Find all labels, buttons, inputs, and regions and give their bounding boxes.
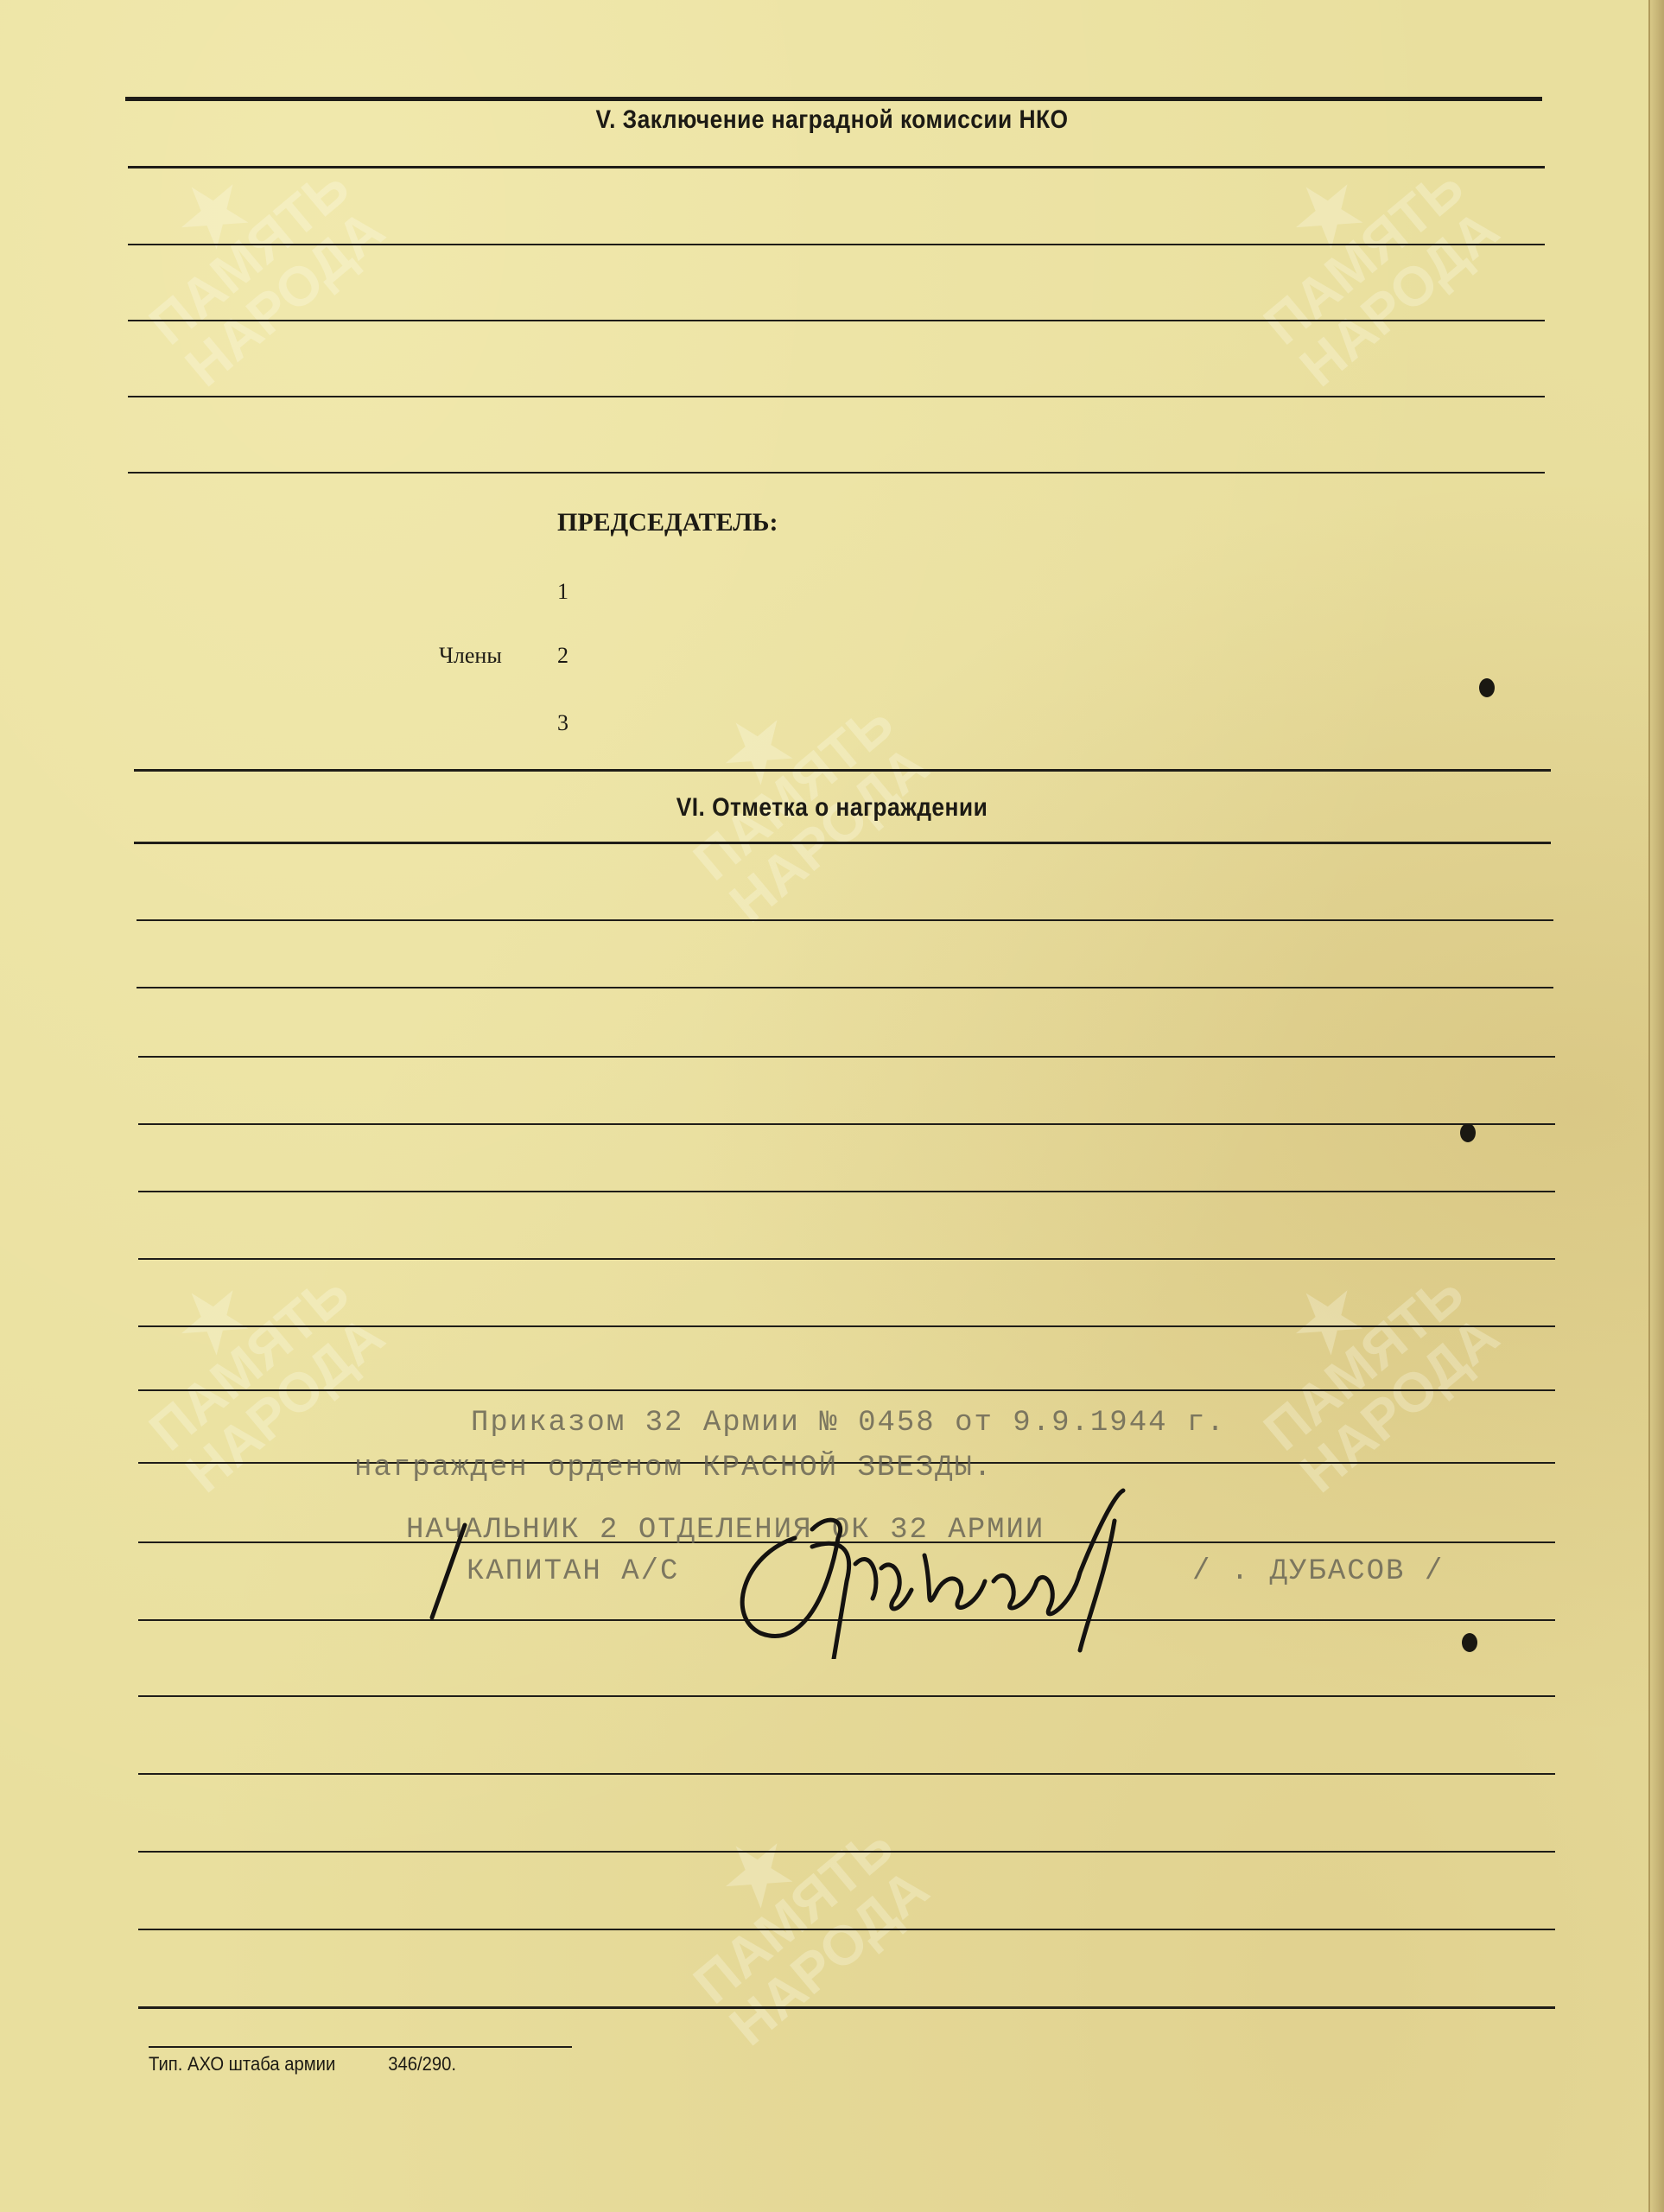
rule-thick — [125, 97, 1542, 101]
award-order-line: Приказом 32 Армии № 0458 от 9.9.1944 г. — [471, 1407, 1226, 1440]
punch-hole — [1479, 678, 1495, 697]
signatory-name: / . ДУБАСОВ / — [1192, 1555, 1444, 1588]
rule — [137, 919, 1553, 921]
members-label: Члены — [439, 643, 502, 669]
slash-mark — [423, 1521, 475, 1624]
rule — [138, 1851, 1555, 1853]
rule — [138, 1056, 1555, 1058]
rule — [138, 1773, 1555, 1775]
rule — [128, 472, 1545, 474]
chairman-label: ПРЕДСЕДАТЕЛЬ: — [557, 508, 778, 537]
star-icon: ★ — [1219, 1222, 1438, 1418]
watermark: ★ ПАМЯТЬНАРОДА — [1219, 116, 1508, 397]
watermark: ★ ПАМЯТЬНАРОДА — [105, 1222, 394, 1503]
printer-name: Тип. АХО штаба армии — [149, 2053, 335, 2075]
watermark: ★ ПАМЯТЬНАРОДА — [1219, 1222, 1508, 1503]
star-icon: ★ — [105, 1222, 323, 1418]
rule — [149, 2046, 572, 2048]
section-vi-heading: VI. Отметка о награждении — [100, 793, 1565, 823]
watermark: ★ ПАМЯТЬНАРОДА — [649, 1775, 938, 2056]
rule — [138, 2006, 1555, 2009]
punch-hole — [1460, 1123, 1476, 1142]
rule — [138, 1325, 1555, 1327]
rule — [138, 1123, 1555, 1125]
watermark: ★ ПАМЯТЬНАРОДА — [649, 652, 938, 932]
rule — [138, 1389, 1555, 1391]
member-number-1: 1 — [557, 579, 568, 605]
member-number-3: 3 — [557, 710, 568, 736]
section-v-heading: V. Заключение наградной комиссии НКО — [100, 105, 1565, 135]
printer-imprint: Тип. АХО штаба армии 346/290. — [149, 2053, 456, 2075]
rule — [128, 166, 1545, 168]
member-number-2: 2 — [557, 643, 568, 669]
rule — [138, 1191, 1555, 1192]
star-icon: ★ — [649, 1775, 867, 1971]
rule — [134, 769, 1551, 772]
rule — [138, 1258, 1555, 1260]
star-icon: ★ — [1219, 116, 1438, 312]
watermark: ★ ПАМЯТЬНАРОДА — [105, 116, 394, 397]
award-decoration-line: награжден орденом КРАСНОЙ ЗВЕЗДЫ. — [354, 1452, 993, 1484]
rule — [128, 396, 1545, 397]
handwritten-signature — [708, 1486, 1175, 1659]
rule — [134, 842, 1551, 844]
paper-edge — [1648, 0, 1664, 2212]
rule — [128, 320, 1545, 321]
punch-hole — [1462, 1633, 1477, 1652]
rule — [137, 987, 1553, 988]
star-icon: ★ — [105, 116, 323, 312]
rule — [138, 1929, 1555, 1930]
signatory-rank-line: КАПИТАН А/С — [467, 1555, 679, 1588]
rule — [128, 244, 1545, 245]
rule — [138, 1695, 1555, 1697]
order-code: 346/290. — [388, 2053, 456, 2075]
